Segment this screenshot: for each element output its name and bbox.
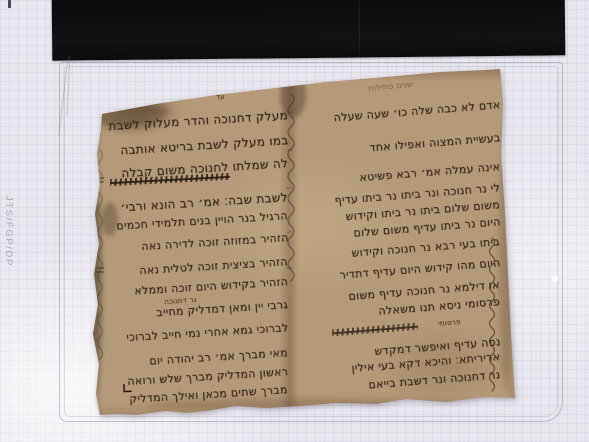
text-line: מעלק דחנוכה והדר מעלוק לשבת xyxy=(108,108,288,133)
text-line: אינה עמלה אמ׳ רבא פשיטא xyxy=(359,160,501,184)
black-strip xyxy=(52,0,566,61)
text-line: הזהיר במזוזה זוכה לדירה נאה xyxy=(140,231,288,253)
text-line: הזהיר בקידוש היום זוכה וממלא xyxy=(134,275,288,297)
parchment: שנים פתילות אדם לא כבה שלה כו׳ שעה שעלה … xyxy=(86,64,520,420)
stain xyxy=(86,182,102,392)
manuscript-fragment: שנים פתילות אדם לא כבה שלה כו׳ שעה שעלה … xyxy=(86,64,520,420)
interlinear-note: עד xyxy=(216,92,225,102)
photo-stage: JTS/FGP/DP שנים פתילות אדם לא כבה שלה כו… xyxy=(0,0,589,442)
left-margin-vertical-script xyxy=(92,148,108,368)
corner-mark: ∟ xyxy=(122,382,133,397)
text-line: מברך שתים מכאן ואילך המדליק xyxy=(129,383,288,406)
text-line: במו מעלק לשבת בריטא אותבה xyxy=(119,133,288,157)
text-line: בעשיית המצוה ואפילו אחד xyxy=(368,131,500,154)
text-line: הזהיר בציצית זוכה לטלית נאה xyxy=(139,255,288,277)
text-line: מאי מברך אמ׳ רב יהודה יום xyxy=(149,346,288,367)
archive-code-label: JTS/FGP/DP xyxy=(3,196,14,267)
black-strip-seam xyxy=(359,0,361,57)
text-line: לברוכי גמא אחרי נמי חייב לברוכי xyxy=(126,321,289,344)
text-line: ביתו בעי רבא נר חנוכה וקידוש xyxy=(351,235,500,260)
stain xyxy=(499,119,513,389)
header-catchword: שנים פתילות xyxy=(368,80,414,95)
corner-registration-mark xyxy=(8,0,11,8)
interlinear-note: פרסומי xyxy=(438,317,461,328)
crossed-out-line xyxy=(332,323,418,337)
text-line: היום מהו קידוש היום עדיף דתדיר xyxy=(339,256,501,282)
dust-speck xyxy=(552,275,558,282)
text-line: אדם לא כבה שלה כו׳ שעה שעלה xyxy=(333,98,501,124)
